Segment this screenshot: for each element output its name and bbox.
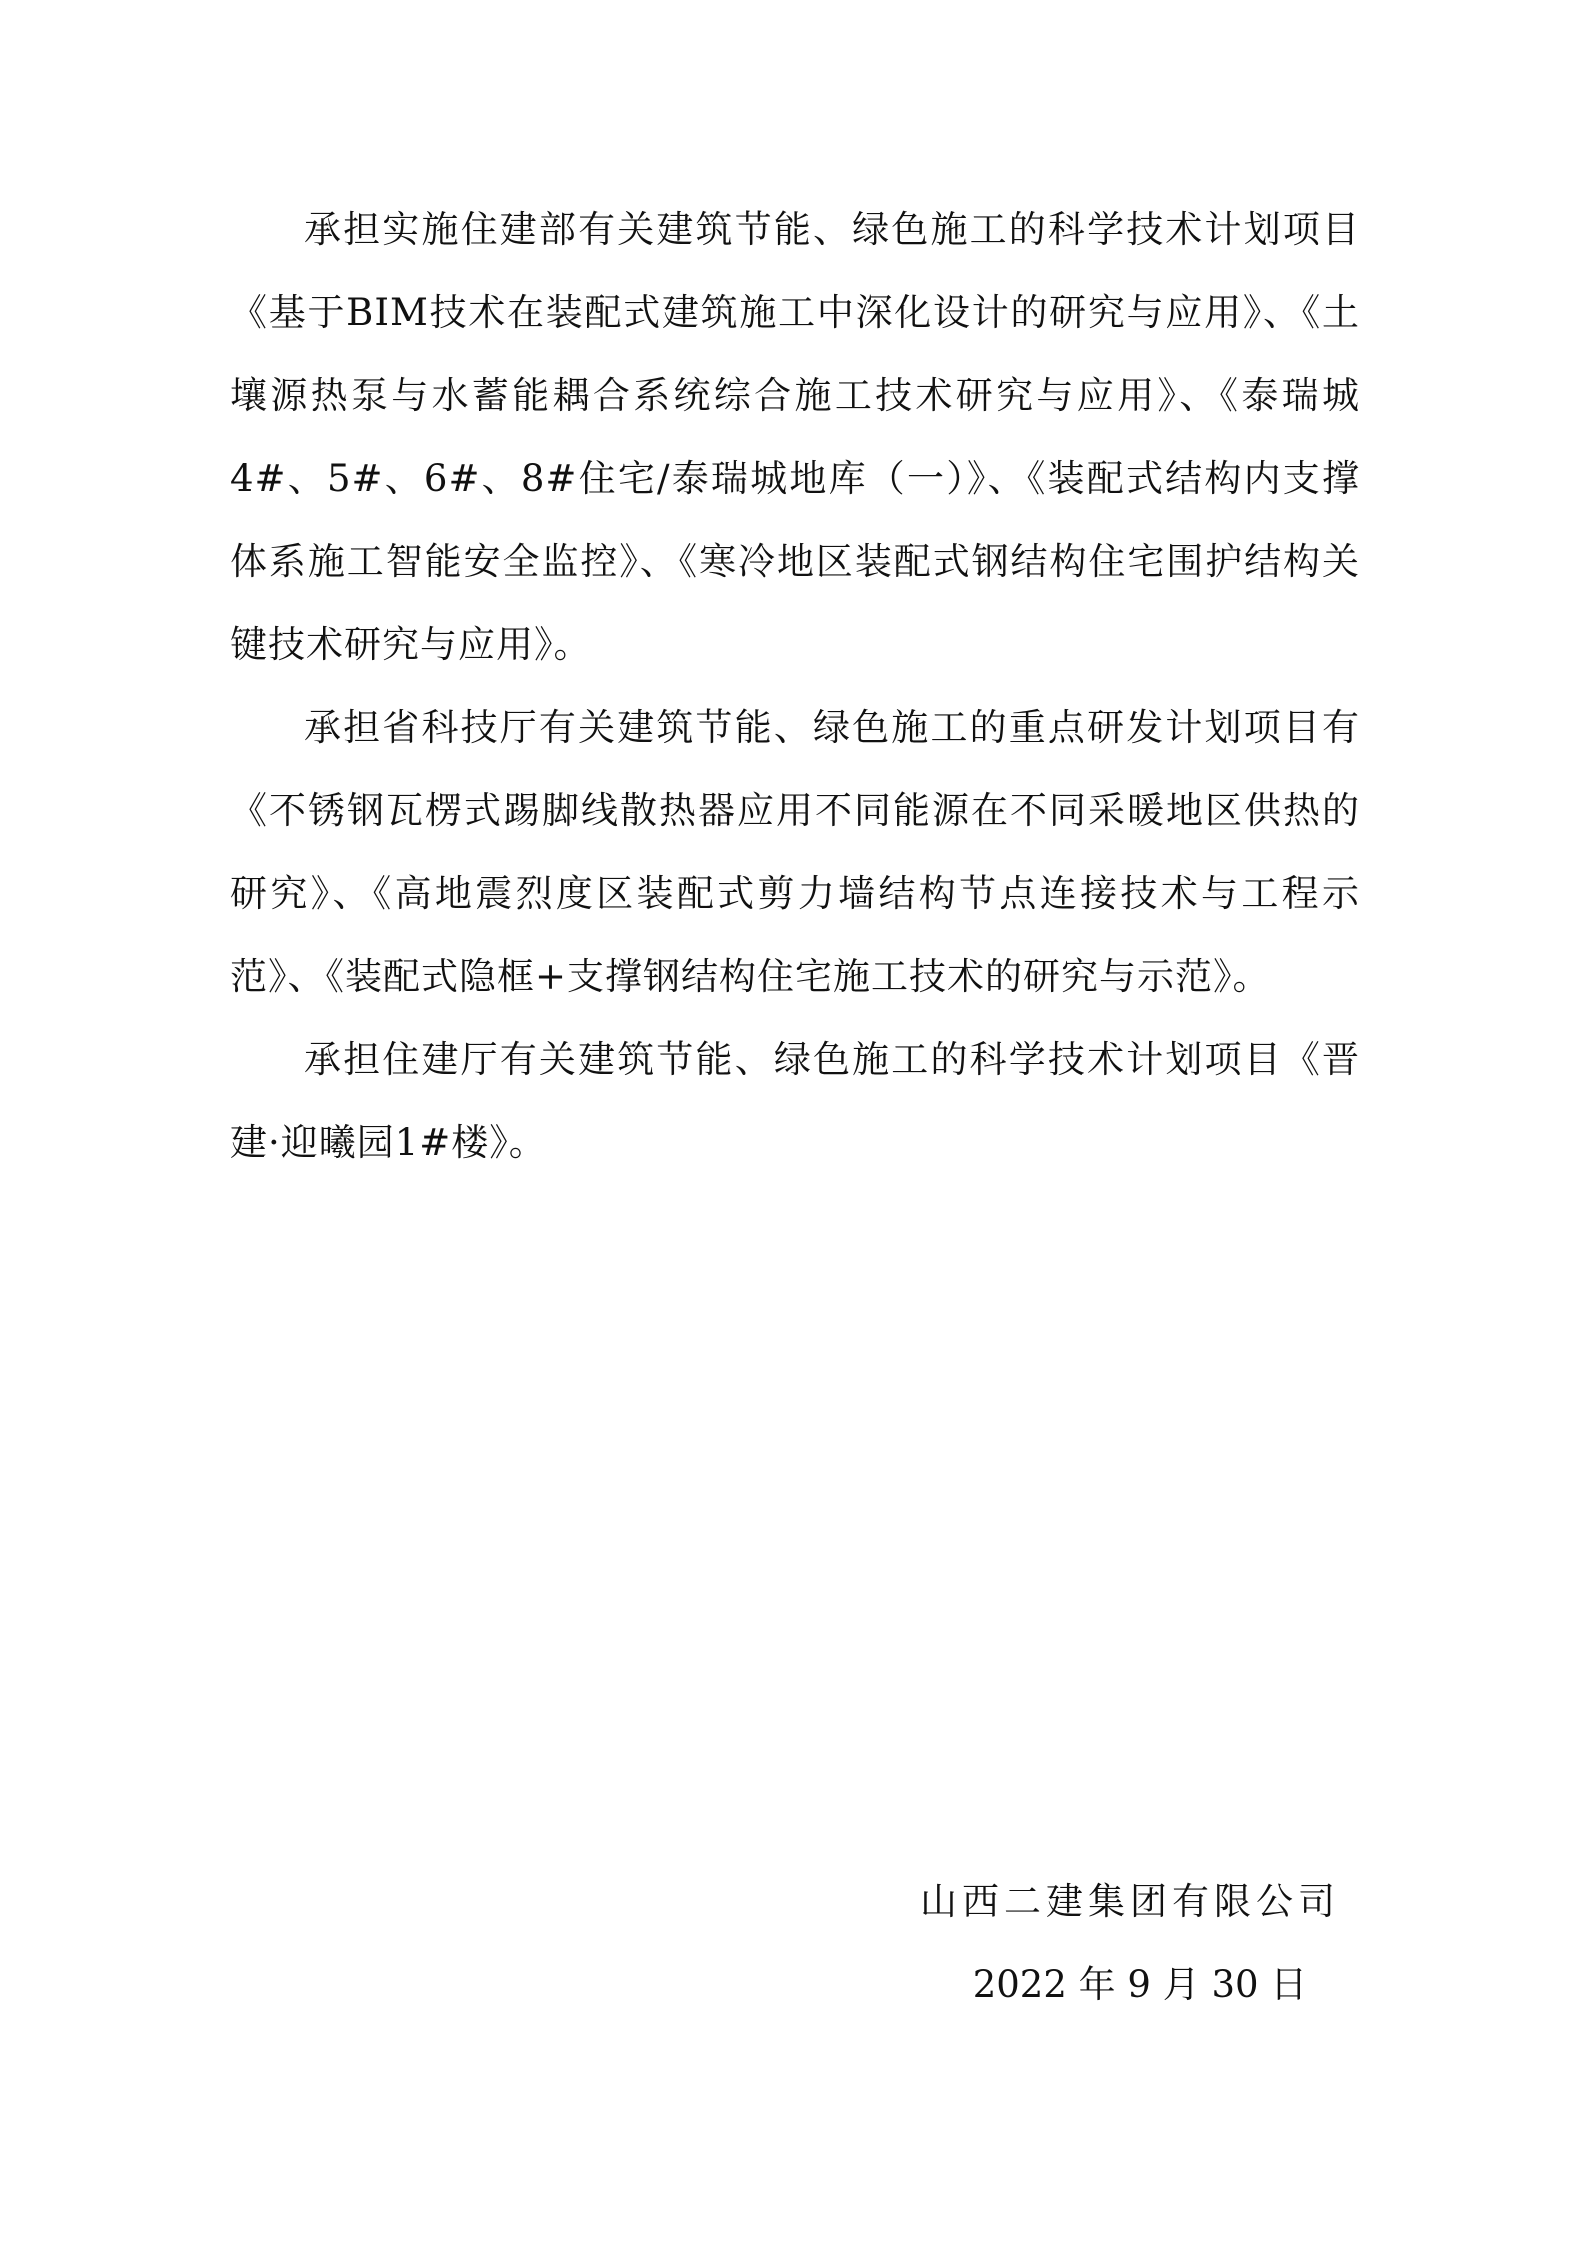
paragraph-department-projects: 承担住建厅有关建筑节能、绿色施工的科学技术计划项目《晋建·迎曦园1#楼》。 [230,1018,1360,1184]
signature-date: 2022 年 9 月 30 日 [900,1943,1360,2026]
paragraph-provincial-projects: 承担省科技厅有关建筑节能、绿色施工的重点研发计划项目有《不锈钢瓦楞式踢脚线散热器… [230,686,1360,1018]
signature-company: 山西二建集团有限公司 [900,1860,1360,1943]
signature-block: 山西二建集团有限公司 2022 年 9 月 30 日 [900,1860,1360,2026]
document-page: 承担实施住建部有关建筑节能、绿色施工的科学技术计划项目《基于BIM技术在装配式建… [0,0,1587,2245]
paragraph-ministry-projects: 承担实施住建部有关建筑节能、绿色施工的科学技术计划项目《基于BIM技术在装配式建… [230,188,1360,686]
document-body: 承担实施住建部有关建筑节能、绿色施工的科学技术计划项目《基于BIM技术在装配式建… [230,188,1360,1184]
